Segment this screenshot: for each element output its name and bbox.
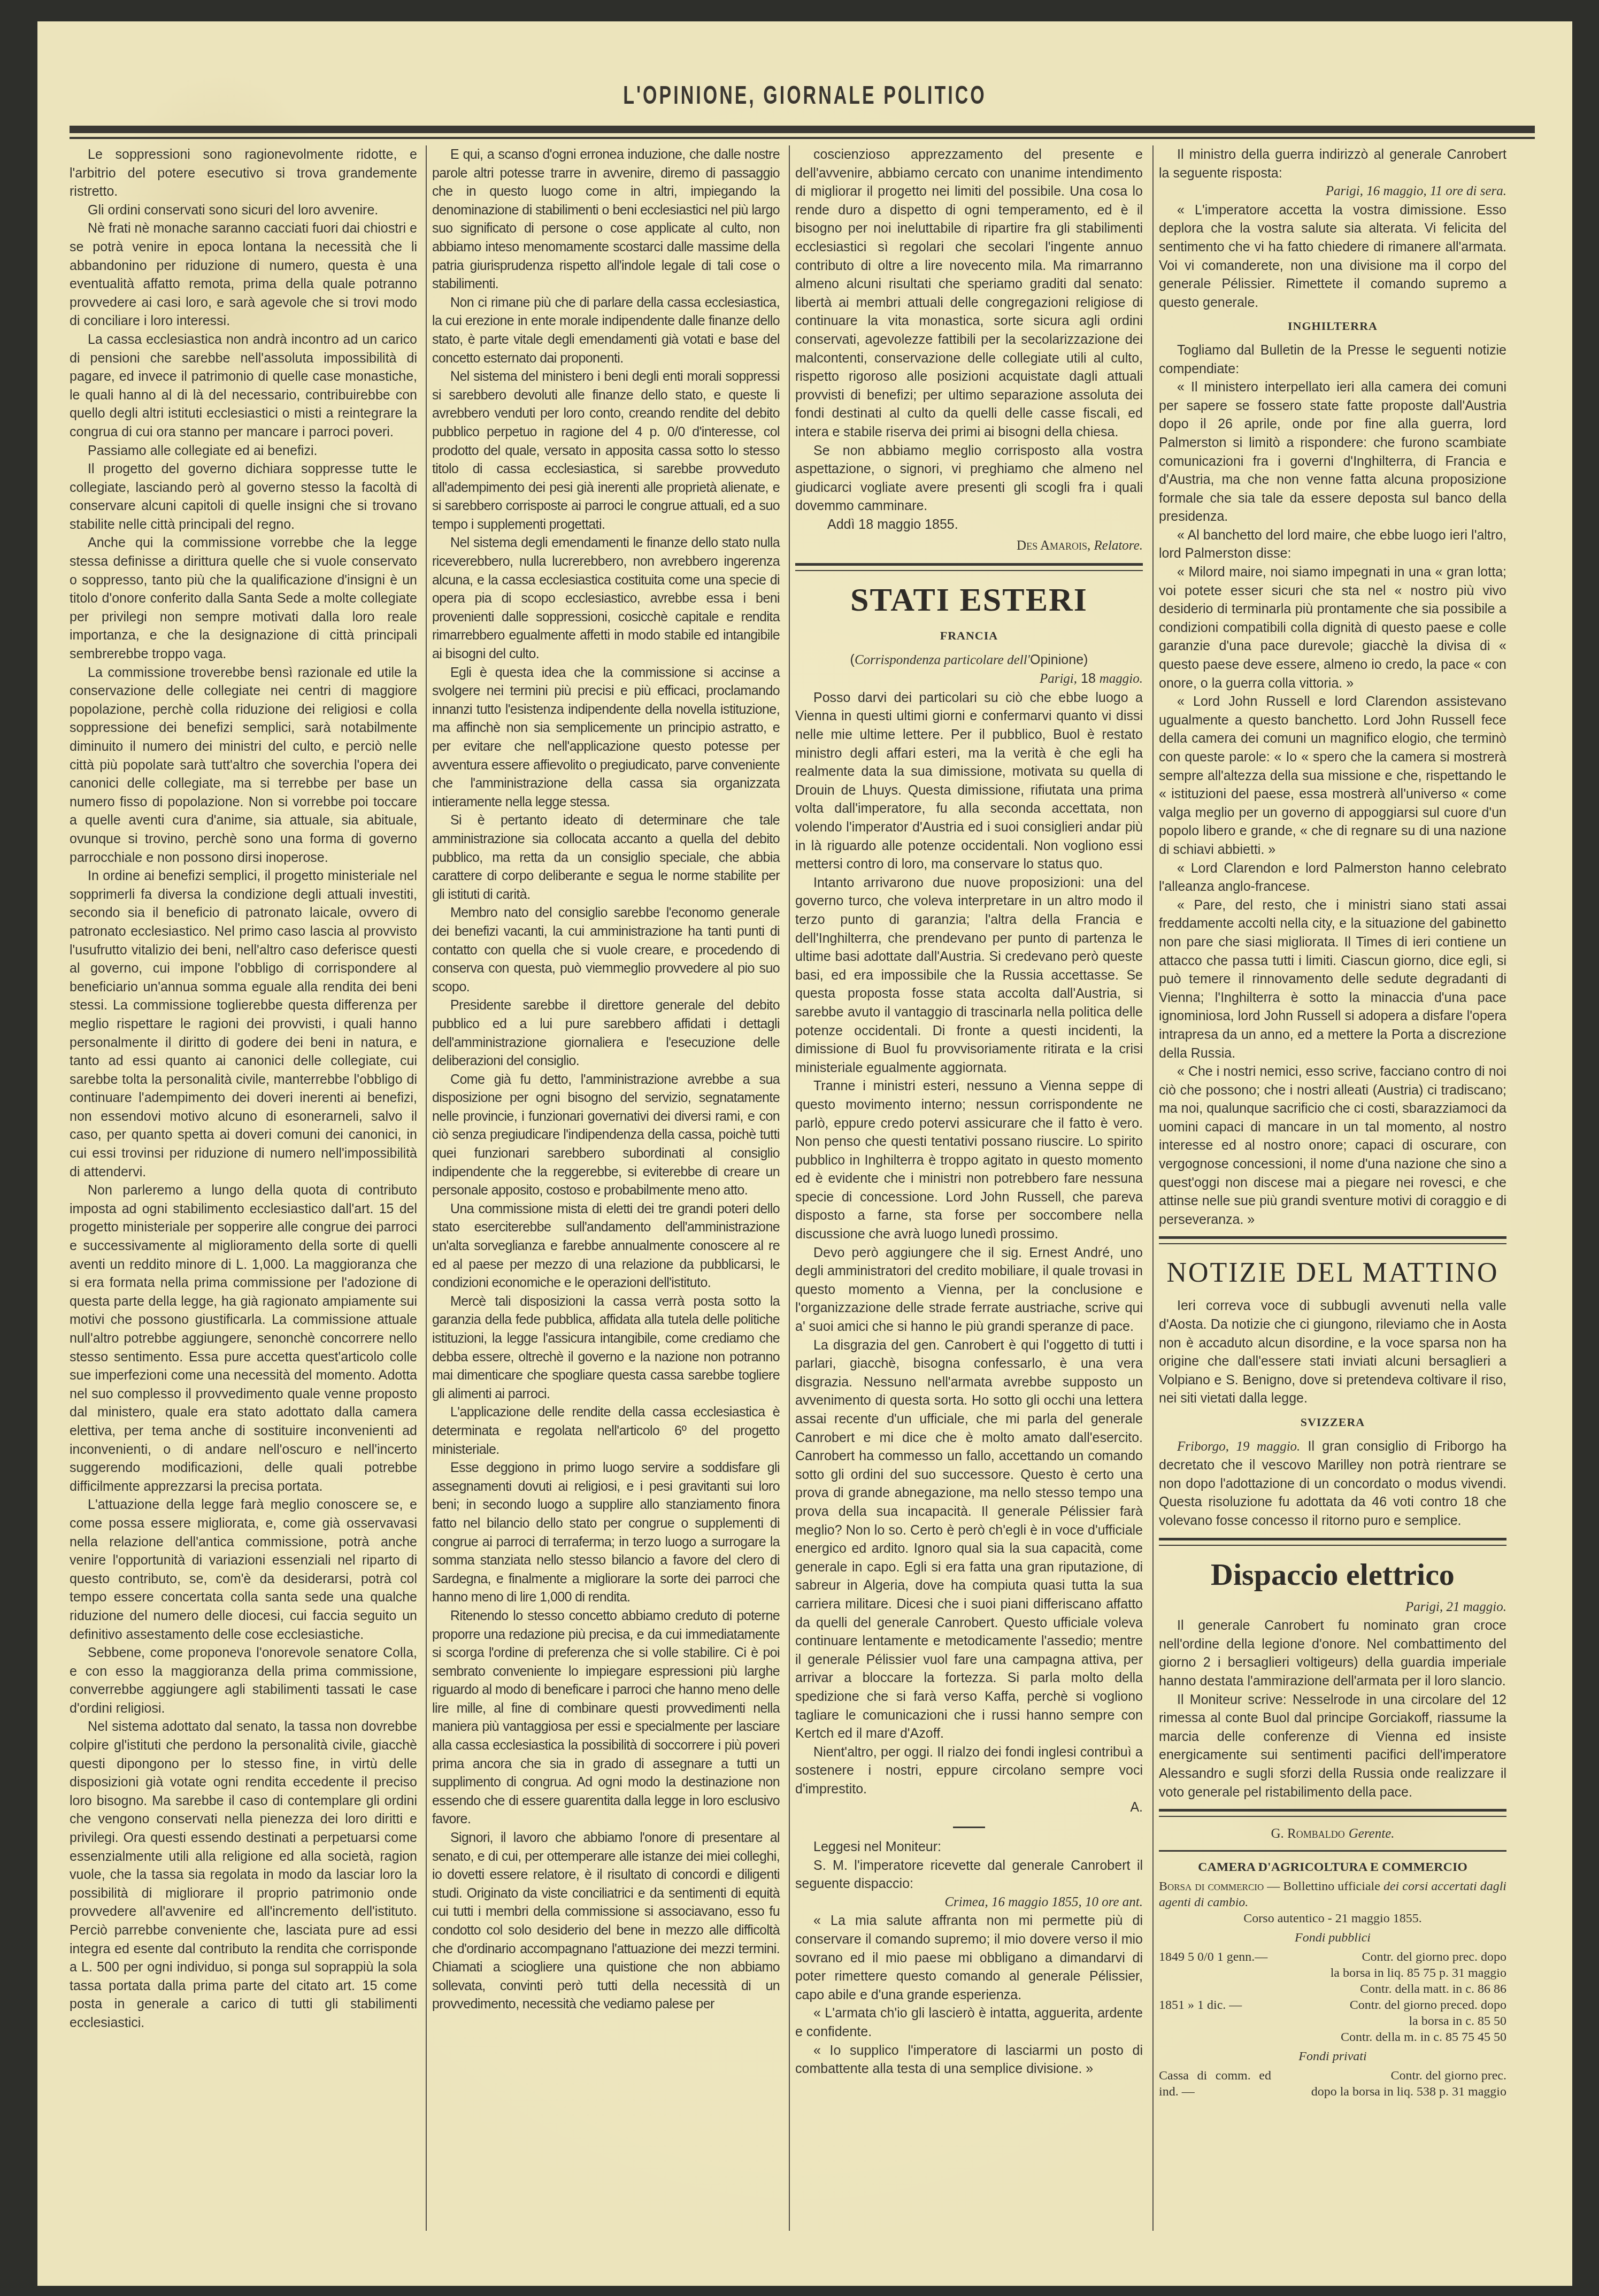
notizie-text: Ieri correva voce di subbugli avvenuti n… bbox=[1159, 1297, 1506, 1408]
crimea-dateline: Crimea, 16 maggio 1855, 10 ore ant. bbox=[795, 1893, 1143, 1912]
gerente-signature: G. Rombaldo Gerente. bbox=[1159, 1824, 1506, 1844]
paragraph: Il generale Canrobert fu nominato gran c… bbox=[1159, 1616, 1506, 1690]
paragraph: Sebbene, come proponeva l'onorevole sena… bbox=[70, 1644, 417, 1717]
quote-label: Cassa di comm. ed ind. — bbox=[1159, 2068, 1271, 2100]
paragraph: « L'armata ch'io gli lascierò è intatta,… bbox=[795, 2004, 1143, 2041]
public-funds-rows: 1849 5 0/0 1 genn.—Contr. del giorno pre… bbox=[1159, 1949, 1506, 2045]
paragraph: Il progetto del governo dichiara soppres… bbox=[70, 460, 417, 534]
column-2: E qui, a scanso d'ogni erronea induzione… bbox=[432, 145, 780, 2014]
quote-row: 1849 5 0/0 1 genn.—Contr. del giorno pre… bbox=[1159, 1949, 1506, 1997]
section-divider bbox=[1159, 1236, 1506, 1244]
masthead-rule-thin bbox=[70, 137, 1535, 139]
correspondence-byline: (Corrispondenza particolare dell'Opinion… bbox=[795, 651, 1143, 670]
paragraph: E qui, a scanso d'ogni erronea induzione… bbox=[432, 145, 780, 294]
paragraph: Presidente sarebbe il direttore generale… bbox=[432, 996, 780, 1070]
section-divider bbox=[795, 563, 1143, 571]
paragraph: « Io supplico l'imperatore di lasciarmi … bbox=[795, 2041, 1143, 2078]
minister-intro: Il ministro della guerra indirizzò al ge… bbox=[1159, 145, 1506, 182]
moniteur-text: S. M. l'imperatore ricevette dal general… bbox=[795, 1856, 1143, 1893]
divider bbox=[1159, 1850, 1506, 1852]
paragraph: Egli è questa idea che la commissione si… bbox=[432, 664, 780, 812]
short-divider bbox=[953, 1827, 985, 1828]
paragraph: Nel sistema degli emendamenti le finanze… bbox=[432, 534, 780, 663]
section-title-dispaccio: Dispaccio elettrico bbox=[1159, 1553, 1506, 1596]
section-title-stati-esteri: STATI ESTERI bbox=[795, 579, 1143, 621]
paragraph: Non parleremo a lungo della quota di con… bbox=[70, 1181, 417, 1496]
stock-exchange-bulletin: CAMERA D'AGRICOLTURA E COMMERCIO Borsa d… bbox=[1159, 1859, 1506, 2100]
quote-values: Contr. del giorno prec. dopola borsa in … bbox=[1271, 1949, 1506, 1997]
paragraph: Passiamo alle collegiate ed ai benefizi. bbox=[70, 442, 417, 460]
paragraph: « La mia salute affranta non mi permette… bbox=[795, 1912, 1143, 2004]
minister-reply: « L'imperatore accetta la vostra dimissi… bbox=[1159, 201, 1506, 312]
paragraph: Anche qui la commissione vorrebbe che la… bbox=[70, 534, 417, 663]
correspondence-body: Posso darvi dei particolari su ciò che e… bbox=[795, 689, 1143, 1799]
paragraph: coscienzioso apprezzamento del presente … bbox=[795, 145, 1143, 442]
column-divider bbox=[789, 145, 790, 2231]
quote-row: 1851 » 1 dic. —Contr. del giorno preced.… bbox=[1159, 1997, 1506, 2045]
paragraph: In ordine ai benefizi semplici, il proge… bbox=[70, 867, 417, 1181]
paragraph: Devo però aggiungere che il sig. Ernest … bbox=[795, 1244, 1143, 1336]
paragraph: Il Moniteur scrive: Nesselrode in una ci… bbox=[1159, 1691, 1506, 1802]
paragraph: « Milord maire, noi siamo impegnati in u… bbox=[1159, 563, 1506, 692]
paragraph: Ritenendo lo stesso concetto abbiamo cre… bbox=[432, 1607, 780, 1829]
paragraph: Nel sistema del ministero i beni degli e… bbox=[432, 367, 780, 534]
quote-values: Contr. del giorno prec.dopo la borsa in … bbox=[1271, 2068, 1506, 2100]
paragraph: Come già fu detto, l'amministrazione avr… bbox=[432, 1070, 780, 1200]
england-intro: Togliamo dal Bulletin de la Presse le se… bbox=[1159, 341, 1506, 378]
paragraph: Una commissione mista di eletti dei tre … bbox=[432, 1200, 780, 1292]
country-heading-switzerland: SVIZZERA bbox=[1159, 1413, 1506, 1432]
column-divider bbox=[426, 145, 427, 2231]
paragraph: La commissione troverebbe bensì razional… bbox=[70, 664, 417, 867]
paragraph: Intanto arrivarono due nuove proposizion… bbox=[795, 874, 1143, 1077]
private-funds-rows: Cassa di comm. ed ind. —Contr. del giorn… bbox=[1159, 2068, 1506, 2100]
bulletin-subtitle: Borsa di commercio — Bollettino ufficial… bbox=[1159, 1878, 1506, 1910]
paragraph: Si è pertanto ideato di determinare che … bbox=[432, 811, 780, 904]
paragraph: Le soppressioni sono ragionevolmente rid… bbox=[70, 145, 417, 201]
section-divider bbox=[1159, 1538, 1506, 1546]
england-body: « Il ministero interpellato ieri alla ca… bbox=[1159, 378, 1506, 1229]
paragraph: « Lord John Russell e lord Clarendon ass… bbox=[1159, 692, 1506, 859]
column-1: Le soppressioni sono ragionevolmente rid… bbox=[70, 145, 417, 2032]
country-heading: FRANCIA bbox=[795, 627, 1143, 645]
bulletin-date: Corso autentico - 21 maggio 1855. bbox=[1159, 1910, 1506, 1927]
masthead: L'OPINIONE, GIORNALE POLITICO bbox=[37, 81, 1572, 111]
paragraph: Se non abbiamo meglio corrisposto alla v… bbox=[795, 442, 1143, 515]
column-divider bbox=[1152, 145, 1154, 2231]
paragraph: Esse deggiono in primo luogo servire a s… bbox=[432, 1459, 780, 1607]
paragraph: Tranne i ministri esteri, nessuno a Vien… bbox=[795, 1077, 1143, 1243]
quote-row: Cassa di comm. ed ind. —Contr. del giorn… bbox=[1159, 2068, 1506, 2100]
paragraph: Membro nato del consiglio sarebbe l'econ… bbox=[432, 904, 780, 996]
canrobert-letter: « La mia salute affranta non mi permette… bbox=[795, 1912, 1143, 2078]
paragraph: La disgrazia del gen. Canrobert è qui l'… bbox=[795, 1336, 1143, 1743]
paragraph: « Al banchetto del lord maire, che ebbe … bbox=[1159, 526, 1506, 563]
private-funds-heading: Fondi privati bbox=[1159, 2048, 1506, 2064]
paragraph: Signori, il lavoro che abbiamo l'onore d… bbox=[432, 1829, 780, 2014]
paragraph: L'applicazione delle rendite della cassa… bbox=[432, 1403, 780, 1459]
column-4: Il ministro della guerra indirizzò al ge… bbox=[1159, 145, 1506, 2100]
paragraph: « Il ministero interpellato ieri alla ca… bbox=[1159, 378, 1506, 526]
bulletin-title: CAMERA D'AGRICOLTURA E COMMERCIO bbox=[1159, 1859, 1506, 1875]
senate-report-end: coscienzioso apprezzamento del presente … bbox=[795, 145, 1143, 515]
moniteur-intro: Leggesi nel Moniteur: bbox=[795, 1838, 1143, 1856]
country-heading-england: INGHILTERRA bbox=[1159, 317, 1506, 336]
quote-label: 1849 5 0/0 1 genn.— bbox=[1159, 1949, 1271, 1997]
minister-dateline: Parigi, 16 maggio, 11 ore di sera. bbox=[1159, 182, 1506, 201]
report-date: Addì 18 maggio 1855. bbox=[795, 515, 1143, 534]
section-title-notizie: NOTIZIE DEL MATTINO bbox=[1159, 1252, 1506, 1295]
swiss-text: Friborgo, 19 maggio. Il gran consiglio d… bbox=[1159, 1437, 1506, 1530]
public-funds-heading: Fondi pubblici bbox=[1159, 1930, 1506, 1946]
paragraph: Non ci rimane più che di parlare della c… bbox=[432, 294, 780, 367]
paragraph: « Pare, del resto, che i ministri siano … bbox=[1159, 896, 1506, 1062]
dateline: Parigi, 18 maggio. bbox=[795, 669, 1143, 689]
paragraph: Posso darvi dei particolari su ciò che e… bbox=[795, 689, 1143, 874]
newspaper-page: L'OPINIONE, GIORNALE POLITICO Le soppres… bbox=[37, 21, 1572, 2286]
paragraph: Nient'altro, per oggi. Il rialzo dei fon… bbox=[795, 1743, 1143, 1799]
paragraph: Nè frati nè monache saranno cacciati fuo… bbox=[70, 219, 417, 330]
quote-values: Contr. del giorno preced. dopola borsa i… bbox=[1271, 1997, 1506, 2045]
paragraph: « Lord Clarendon e lord Palmerston hanno… bbox=[1159, 859, 1506, 896]
column-3: coscienzioso apprezzamento del presente … bbox=[795, 145, 1143, 2078]
paragraph: Nel sistema adottato dal senato, la tass… bbox=[70, 1717, 417, 2032]
author-initial: A. bbox=[795, 1798, 1143, 1817]
quote-label: 1851 » 1 dic. — bbox=[1159, 1997, 1271, 2045]
dispaccio-body: Il generale Canrobert fu nominato gran c… bbox=[1159, 1616, 1506, 1801]
paragraph: Gli ordini conservati sono sicuri del lo… bbox=[70, 201, 417, 220]
section-divider bbox=[1159, 1809, 1506, 1817]
masthead-rule bbox=[70, 126, 1535, 133]
paragraph: L'attuazione della legge farà meglio con… bbox=[70, 1496, 417, 1644]
report-signature: Des Amarois, Relatore. bbox=[795, 537, 1143, 556]
paragraph: Mercè tali disposizioni la cassa verrà p… bbox=[432, 1292, 780, 1404]
paragraph: La cassa ecclesiastica non andrà incontr… bbox=[70, 330, 417, 442]
dispaccio-dateline: Parigi, 21 maggio. bbox=[1159, 1598, 1506, 1617]
paragraph: « Che i nostri nemici, esso scrive, facc… bbox=[1159, 1062, 1506, 1229]
